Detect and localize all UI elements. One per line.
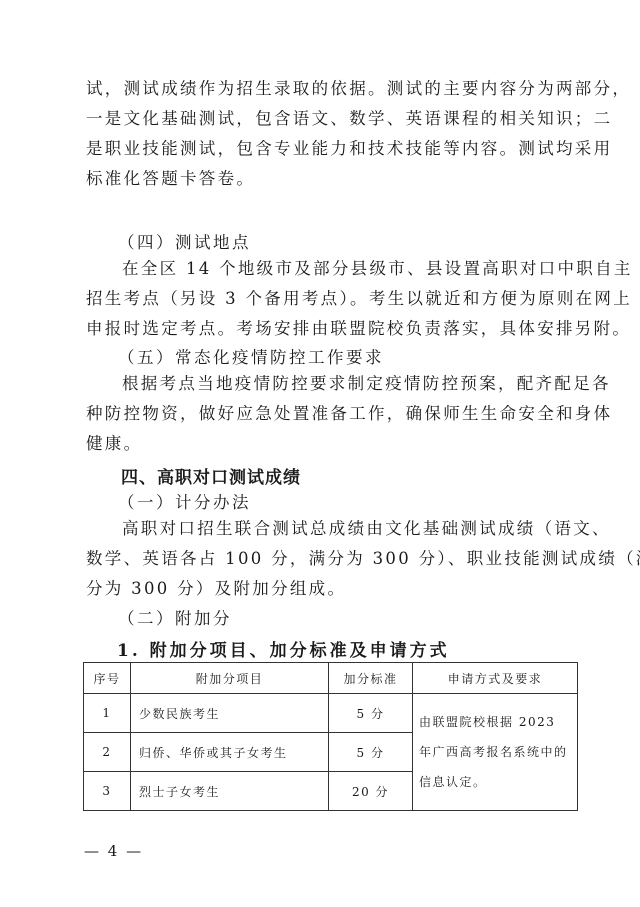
row-item: 归侨、华侨或其子女考生 — [131, 733, 329, 772]
section-heading-test-location: （四）测试地点 — [118, 229, 251, 253]
text-line: 高职对口招生联合测试总成绩由文化基础测试成绩（语文、 — [86, 514, 578, 544]
text-line: 健康。 — [86, 429, 578, 459]
continuation-paragraph: 试，测试成绩作为招生录取的依据。测试的主要内容分为两部分， 一是文化基础测试，包… — [86, 74, 578, 194]
row-item: 少数民族考生 — [131, 694, 329, 733]
page-number: — 4 — — [84, 842, 143, 860]
row-points: 5 分 — [329, 694, 413, 733]
chapter-heading-test-scores: 四、高职对口测试成绩 — [121, 463, 301, 488]
column-header-method: 申请方式及要求 — [413, 663, 578, 694]
row-no: 2 — [84, 733, 131, 772]
text-line: 数学、英语各占 100 分，满分为 300 分）、职业技能测试成绩（满 — [86, 544, 578, 574]
test-location-paragraph: 在全区 14 个地级市及部分县级市、县设置高职对口中职自主 招生考点（另设 3 … — [86, 254, 578, 344]
text-line: 在全区 14 个地级市及部分县级市、县设置高职对口中职自主 — [86, 254, 578, 284]
row-no: 1 — [84, 694, 131, 733]
section-heading-scoring-method: （一）计分办法 — [118, 489, 251, 513]
epidemic-control-paragraph: 根据考点当地疫情防控要求制定疫情防控预案，配齐配足各 种防控物资，做好应急处置准… — [86, 369, 578, 459]
row-points: 5 分 — [329, 733, 413, 772]
text-line: 试，测试成绩作为招生录取的依据。测试的主要内容分为两部分， — [86, 74, 578, 104]
column-header-no: 序号 — [84, 663, 131, 694]
text-line: 分为 300 分）及附加分组成。 — [86, 574, 578, 604]
section-heading-bonus-points: （二）附加分 — [118, 605, 232, 629]
text-line: 申报时选定考点。考场安排由联盟院校负责落实，具体安排另附。 — [86, 314, 578, 344]
text-line: 招生考点（另设 3 个备用考点）。考生以就近和方便为原则在网上 — [86, 284, 578, 314]
column-header-item: 附加分项目 — [131, 663, 329, 694]
text-line: 是职业技能测试，包含专业能力和技术技能等内容。测试均采用 — [86, 134, 578, 164]
section-heading-epidemic-control: （五）常态化疫情防控工作要求 — [118, 344, 384, 368]
bonus-points-table: 序号 附加分项目 加分标准 申请方式及要求 1 少数民族考生 5 分 由联盟院校… — [83, 662, 578, 811]
row-points: 20 分 — [329, 772, 413, 811]
application-method-cell: 由联盟院校根据 2023 年广西高考报名系统中的信息认定。 — [413, 694, 578, 811]
text-line: 种防控物资，做好应急处置准备工作，确保师生生命安全和身体 — [86, 399, 578, 429]
bonus-table-title: 1. 附加分项目、加分标准及申请方式 — [117, 636, 450, 661]
text-line: 标准化答题卡答卷。 — [86, 164, 578, 194]
column-header-points: 加分标准 — [329, 663, 413, 694]
table-row: 1 少数民族考生 5 分 由联盟院校根据 2023 年广西高考报名系统中的信息认… — [84, 694, 578, 733]
text-line: 一是文化基础测试，包含语文、数学、英语课程的相关知识；二 — [86, 104, 578, 134]
row-item: 烈士子女考生 — [131, 772, 329, 811]
row-no: 3 — [84, 772, 131, 811]
table-header-row: 序号 附加分项目 加分标准 申请方式及要求 — [84, 663, 578, 694]
text-line: 根据考点当地疫情防控要求制定疫情防控预案，配齐配足各 — [86, 369, 578, 399]
scoring-method-paragraph: 高职对口招生联合测试总成绩由文化基础测试成绩（语文、 数学、英语各占 100 分… — [86, 514, 578, 604]
